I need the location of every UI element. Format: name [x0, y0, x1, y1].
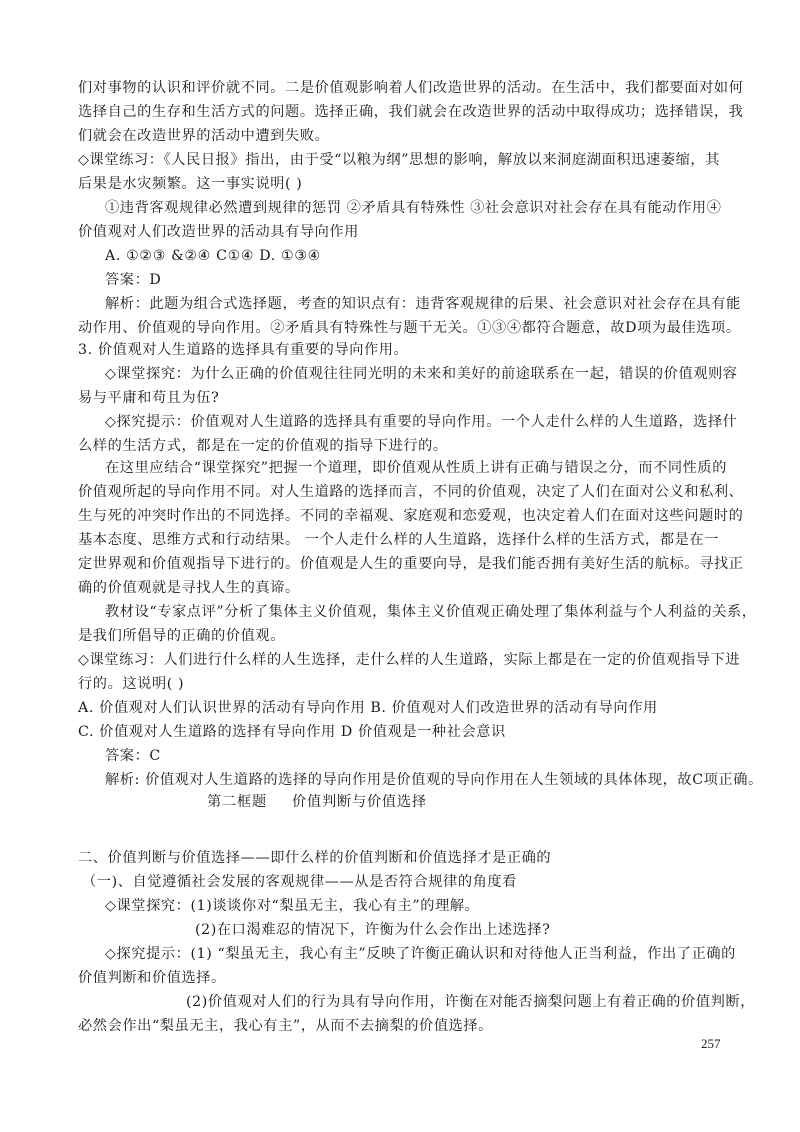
text-line: 二、价值判断与价值选择——即什么样的价值判断和价值选择才是正确的 — [78, 848, 551, 868]
section-heading-label: 第二框题 — [207, 792, 267, 812]
text-line: 在这里应结合“课堂探究”把握一个道理，即价值观从性质上讲有正确与错误之分，而不同… — [105, 458, 727, 478]
text-line: ◇课堂练习：《人民日报》指出，由于受“以粮为纲”思想的影响，解放以来洞庭湖面积迅… — [78, 150, 720, 170]
text-line: 们对事物的认识和评价就不同。二是价值观影响着人们改造世界的活动。在生活中，我们都… — [78, 78, 720, 98]
text-line: 后果是水灾频繁。这一事实说明( ) — [78, 174, 302, 194]
text-line: 定世界观和价值观指导下进行的。价值观是人生的重要向导，是我们能否拥有美好生活的航… — [78, 554, 743, 574]
text-line: C. 价值观对人生道路的选择有导向作用 D 价值观是一种社会意识 — [78, 722, 506, 742]
text-line: 么样的生活方式，都是在一定的价值观的指导下进行的。 — [78, 436, 448, 456]
text-line: 解析：此题为组合式选择题，考查的知识点有：违背客观规律的后果、社会意识对社会存在… — [105, 294, 741, 314]
text-line: ◇探究提示：价值观对人生道路的选择具有重要的导向作用。一个人走什么样的人生道路，… — [105, 412, 738, 432]
text-line: 解析: 价值观对人生道路的选择的导向作用是价值观的导向作用在人生领域的具体体现，… — [105, 770, 763, 790]
text-line: 价值观对人们改造世界的活动具有导向作用 — [78, 222, 359, 242]
text-line: （一)、自觉遵循社会发展的客观规律——从是否符合规律的角度看 — [82, 872, 517, 892]
text-line: 生与死的冲突时作出的不同选择。不同的幸福观、家庭观和恋爱观，也决定着人们在面对这… — [78, 506, 743, 526]
text-line: 答案：C — [105, 746, 161, 766]
text-line: ◇探究提示：(1) “梨虽无主，我心有主”反映了许衡正确认识和对待他人正当利益，… — [105, 944, 736, 964]
page-number: 257 — [701, 1036, 721, 1052]
text-line: 必然会作出“梨虽无主，我心有主”，从而不去摘梨的价值选择。 — [78, 1016, 493, 1036]
section-heading-title: 价值判断与价值选择 — [292, 792, 427, 812]
text-line: 3. 价值观对人生道路的选择具有重要的导向作用。 — [78, 340, 408, 360]
text-line: 是我们所倡导的正确的价值观。 — [78, 626, 285, 646]
text-line: 们就会在改造世界的活动中遭到失败。 — [78, 126, 329, 146]
text-line: 确的价值观就是寻找人生的真谛。 — [78, 578, 300, 598]
document-page: 们对事物的认识和评价就不同。二是价值观影响着人们改造世界的活动。在生活中，我们都… — [0, 0, 800, 1132]
text-line: ①违背客观规律必然遭到规律的惩罚 ②矛盾具有特殊性 ③社会意识对社会存在具有能动… — [105, 198, 722, 218]
text-line: 选择自己的生存和生活方式的问题。选择正确，我们就会在改造世界的活动中取得成功；选… — [78, 102, 720, 122]
text-line: A. ①②③ &②④ C①④ D. ①③④ — [105, 246, 321, 266]
text-line: ◇课堂探究：为什么正确的价值观往往同光明的未来和美好的前途联系在一起，错误的价值… — [105, 364, 738, 384]
text-line: 基本态度、思维方式和行动结果。 一个人走什么样的人生道路，选择什么样的生活方式，… — [78, 530, 719, 550]
text-line: 行的。这说明( ) — [78, 674, 184, 694]
text-line: 动作用、价值观的导向作用。②矛盾具有特殊性与题干无关。①③④都符合题意，故D项为… — [78, 318, 741, 338]
text-line: ◇课堂探究：(1)谈谈你对“梨虽无主，我心有主”的理解。 — [105, 896, 479, 916]
text-line: (2)价值观对人们的行为具有导向作用，许衡在对能否摘梨问题上有着正确的价值判断， — [186, 992, 755, 1012]
text-line: 易与平庸和苟且为伍? — [78, 388, 219, 408]
text-line: (2)在口渴难忍的情况下，许衡为什么会作出上述选择? — [195, 920, 550, 940]
text-line: ◇课堂练习：人们进行什么样的人生选择，走什么样的人生道路，实际上都是在一定的价值… — [78, 650, 740, 670]
text-line: 教材设“专家点评”分析了集体主义价值观，集体主义价值观正确处理了集体利益与个人利… — [105, 602, 757, 622]
text-line: 价值观所起的导向作用不同。对人生道路的选择而言，不同的价值观，决定了人们在面对公… — [78, 482, 743, 502]
text-line: 价值判断和价值选择。 — [78, 968, 226, 988]
text-line: A. 价值观对人们认识世界的活动有导向作用 B. 价值观对人们改造世界的活动有导… — [78, 698, 658, 718]
text-line: 答案：D — [105, 270, 161, 290]
